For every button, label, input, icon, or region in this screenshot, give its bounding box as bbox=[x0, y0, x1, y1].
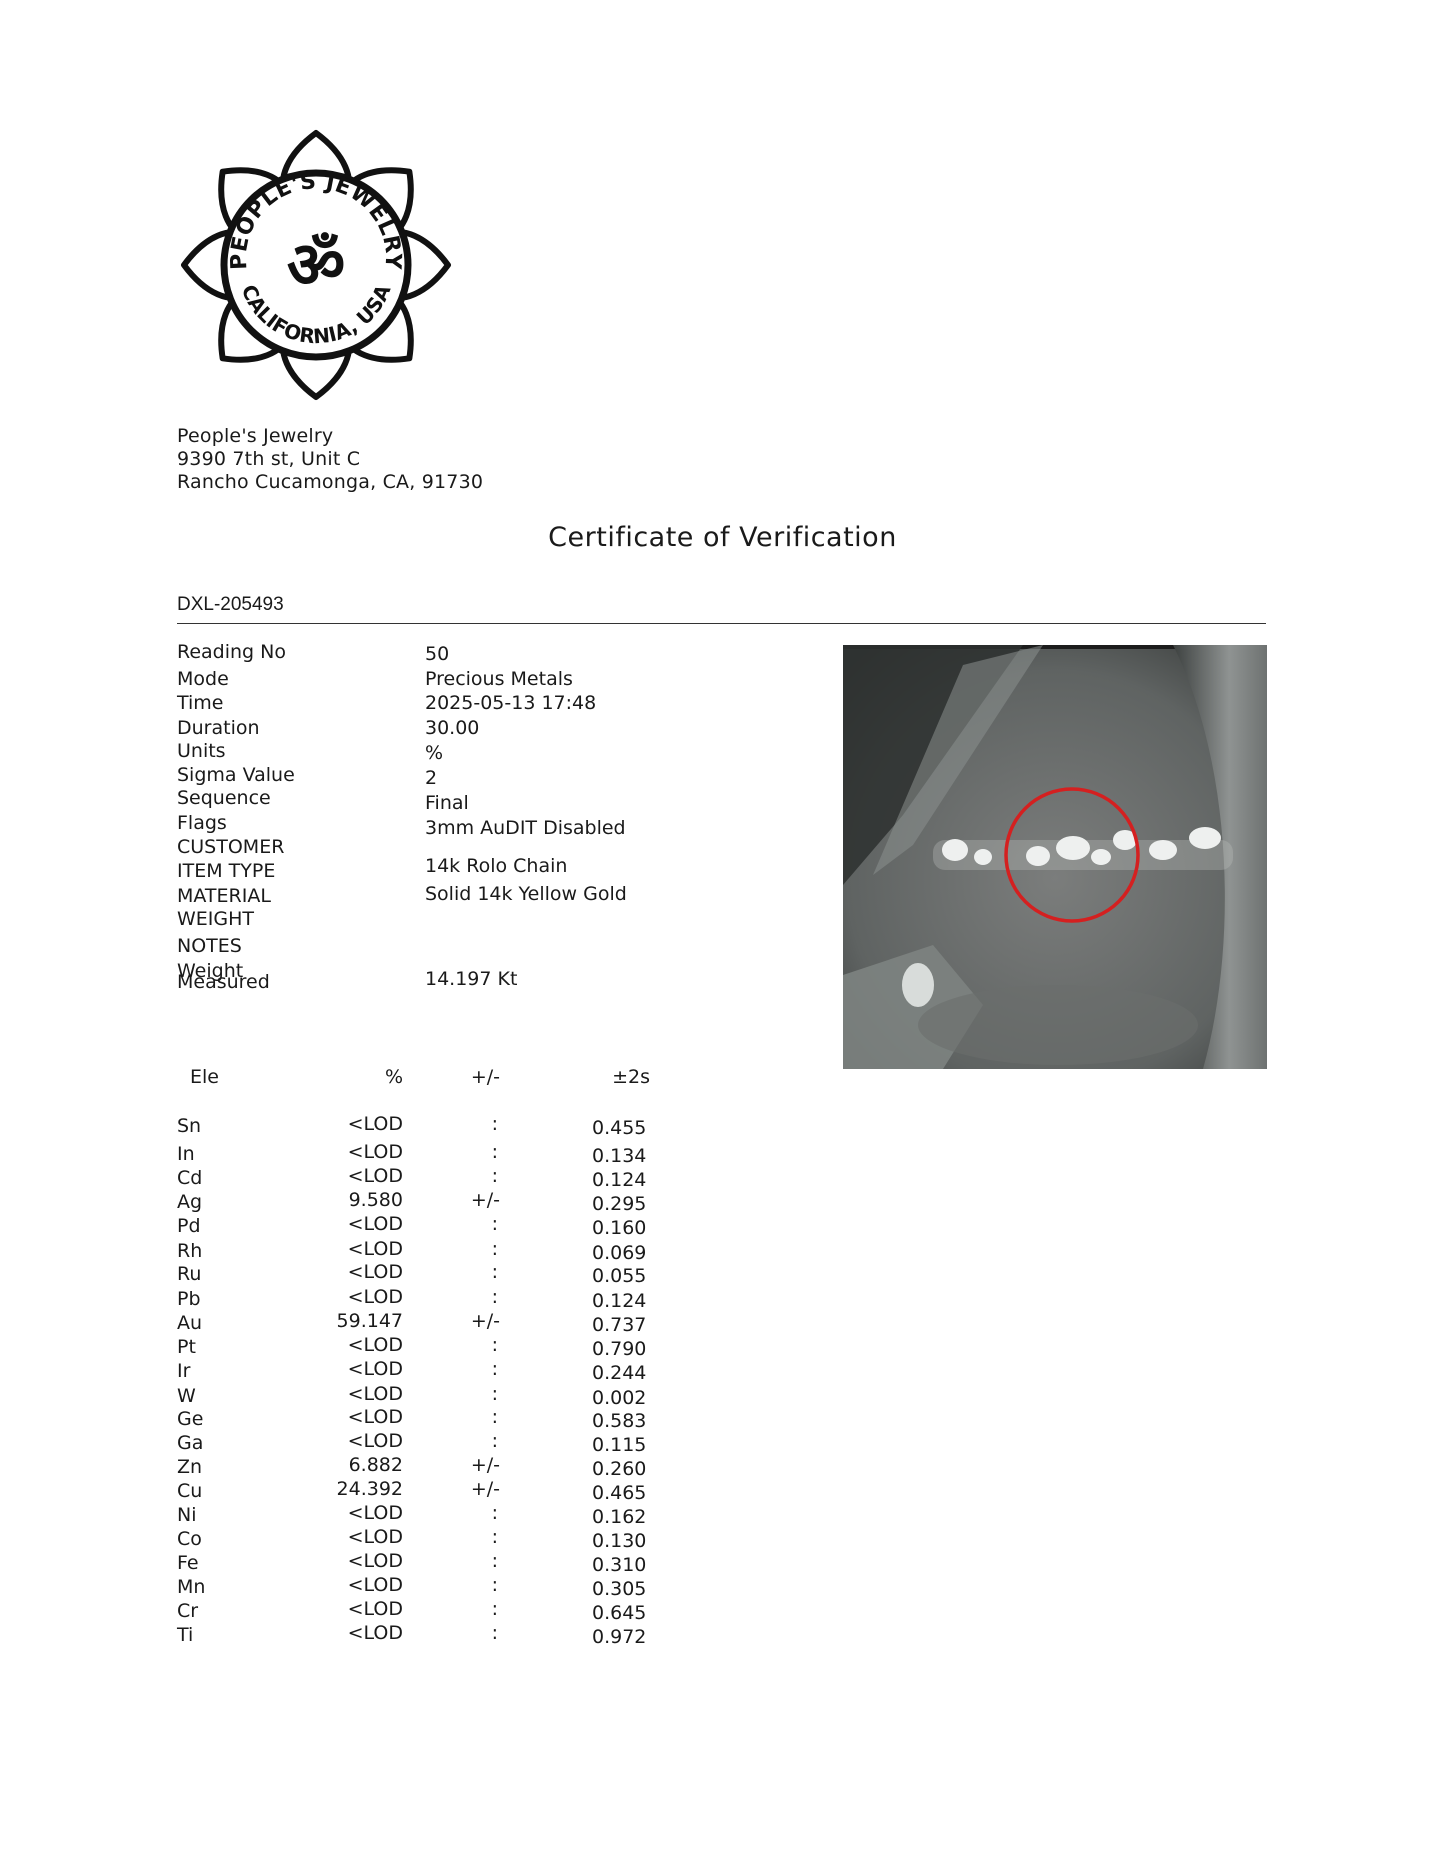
cell-error: 0.310 bbox=[592, 1554, 652, 1576]
cell-element: Au bbox=[177, 1312, 202, 1334]
value-flags: 3mm AuDIT Disabled bbox=[425, 817, 626, 839]
sample-camera-image bbox=[843, 645, 1267, 1069]
cell-error: 0.260 bbox=[592, 1458, 652, 1480]
svg-text:ॐ: ॐ bbox=[287, 229, 345, 303]
value-time: 2025-05-13 17:48 bbox=[425, 692, 596, 714]
cell-plusminus: : bbox=[460, 1526, 498, 1548]
cell-element: Ti bbox=[177, 1624, 193, 1646]
cell-element: Ni bbox=[177, 1504, 197, 1526]
cell-error: 0.115 bbox=[592, 1434, 652, 1456]
cell-plusminus: : bbox=[460, 1502, 498, 1524]
cell-error: 0.134 bbox=[592, 1145, 652, 1167]
company-logo: PEOPLE'S JEWELRY CALIFORNIA, USA ॐ bbox=[176, 125, 456, 405]
cell-percent: 6.882 bbox=[300, 1454, 403, 1476]
cell-element: Ru bbox=[177, 1263, 201, 1285]
cell-element: Ir bbox=[177, 1360, 190, 1382]
cell-percent: 59.147 bbox=[300, 1310, 403, 1332]
cell-element: Fe bbox=[177, 1552, 199, 1574]
cell-element: Pd bbox=[177, 1215, 201, 1237]
certificate-id: DXL-205493 bbox=[177, 594, 284, 616]
cell-percent: <LOD bbox=[300, 1165, 403, 1187]
label-reading-no: Reading No bbox=[177, 641, 286, 663]
cell-element: In bbox=[177, 1143, 195, 1165]
cell-percent: <LOD bbox=[300, 1213, 403, 1235]
cell-plusminus: : bbox=[460, 1165, 498, 1187]
cell-error: 0.455 bbox=[592, 1117, 652, 1139]
value-sequence: Final bbox=[425, 792, 469, 814]
cell-error: 0.295 bbox=[592, 1193, 652, 1215]
company-address-line1: 9390 7th st, Unit C bbox=[177, 448, 360, 471]
lotus-seal-icon: PEOPLE'S JEWELRY CALIFORNIA, USA ॐ bbox=[176, 125, 456, 405]
company-name: People's Jewelry bbox=[177, 425, 333, 448]
cell-error: 0.790 bbox=[592, 1338, 652, 1360]
cell-percent: <LOD bbox=[300, 1358, 403, 1380]
cell-error: 0.737 bbox=[592, 1314, 652, 1336]
label-sigma-value: Sigma Value bbox=[177, 764, 295, 786]
cell-plusminus: : bbox=[460, 1261, 498, 1283]
cell-element: Pb bbox=[177, 1288, 201, 1310]
cell-element: Ge bbox=[177, 1408, 203, 1430]
cell-error: 0.305 bbox=[592, 1578, 652, 1600]
label-units: Units bbox=[177, 740, 226, 762]
cell-plusminus: +/- bbox=[460, 1478, 500, 1500]
cell-element: Ag bbox=[177, 1191, 202, 1213]
value-units: % bbox=[425, 742, 443, 764]
cell-element: Cd bbox=[177, 1167, 202, 1189]
label-customer: CUSTOMER bbox=[177, 836, 284, 858]
cell-error: 0.160 bbox=[592, 1217, 652, 1239]
cell-plusminus: : bbox=[460, 1550, 498, 1572]
cell-element: Mn bbox=[177, 1576, 205, 1598]
cell-plusminus: : bbox=[460, 1141, 498, 1163]
value-duration: 30.00 bbox=[425, 717, 479, 739]
cell-error: 0.645 bbox=[592, 1602, 652, 1624]
cell-percent: <LOD bbox=[300, 1526, 403, 1548]
cell-error: 0.244 bbox=[592, 1362, 652, 1384]
cell-plusminus: : bbox=[460, 1574, 498, 1596]
cell-percent: 9.580 bbox=[300, 1189, 403, 1211]
value-sigma-value: 2 bbox=[425, 767, 437, 789]
cell-plusminus: : bbox=[460, 1383, 498, 1405]
cell-error: 0.124 bbox=[592, 1169, 652, 1191]
cell-percent: <LOD bbox=[300, 1430, 403, 1452]
cell-plusminus: : bbox=[460, 1598, 498, 1620]
value-material: Solid 14k Yellow Gold bbox=[425, 883, 627, 905]
label-weight: WEIGHT bbox=[177, 908, 254, 930]
cell-error: 0.465 bbox=[592, 1482, 652, 1504]
cell-percent: <LOD bbox=[300, 1286, 403, 1308]
cell-error: 0.124 bbox=[592, 1290, 652, 1312]
cell-plusminus: : bbox=[460, 1406, 498, 1428]
document-title: Certificate of Verification bbox=[0, 522, 1445, 553]
value-item-type: 14k Rolo Chain bbox=[425, 855, 567, 877]
cell-error: 0.130 bbox=[592, 1530, 652, 1552]
label-flags: Flags bbox=[177, 812, 227, 834]
header-percent: % bbox=[300, 1066, 403, 1088]
cell-plusminus: +/- bbox=[460, 1189, 500, 1211]
cell-percent: <LOD bbox=[300, 1238, 403, 1260]
header-plusminus: +/- bbox=[460, 1066, 500, 1088]
cell-element: Co bbox=[177, 1528, 202, 1550]
cell-plusminus: : bbox=[460, 1238, 498, 1260]
cell-element: Sn bbox=[177, 1115, 201, 1137]
cell-percent: <LOD bbox=[300, 1622, 403, 1644]
label-sequence: Sequence bbox=[177, 787, 271, 809]
cell-error: 0.162 bbox=[592, 1506, 652, 1528]
company-address-line2: Rancho Cucamonga, CA, 91730 bbox=[177, 471, 483, 494]
cell-percent: <LOD bbox=[300, 1334, 403, 1356]
cell-element: Ga bbox=[177, 1432, 203, 1454]
label-weight-measured-line2: Measured bbox=[177, 971, 270, 993]
cell-percent: <LOD bbox=[300, 1502, 403, 1524]
cell-percent: <LOD bbox=[300, 1383, 403, 1405]
cell-element: W bbox=[177, 1385, 196, 1407]
cell-plusminus: : bbox=[460, 1430, 498, 1452]
cell-plusminus: : bbox=[460, 1622, 498, 1644]
cell-error: 0.069 bbox=[592, 1242, 652, 1264]
cell-percent: <LOD bbox=[300, 1598, 403, 1620]
cell-plusminus: : bbox=[460, 1358, 498, 1380]
cell-element: Cr bbox=[177, 1600, 198, 1622]
cell-percent: <LOD bbox=[300, 1550, 403, 1572]
label-item-type: ITEM TYPE bbox=[177, 860, 275, 882]
value-weight-measured: 14.197 Kt bbox=[425, 968, 517, 990]
cell-plusminus: : bbox=[460, 1113, 498, 1135]
cell-plusminus: +/- bbox=[460, 1310, 500, 1332]
cell-percent: <LOD bbox=[300, 1574, 403, 1596]
cell-element: Rh bbox=[177, 1240, 202, 1262]
label-notes: NOTES bbox=[177, 935, 242, 957]
label-time: Time bbox=[177, 692, 224, 714]
cell-percent: <LOD bbox=[300, 1113, 403, 1135]
cell-plusminus: +/- bbox=[460, 1454, 500, 1476]
cell-plusminus: : bbox=[460, 1213, 498, 1235]
cell-element: Zn bbox=[177, 1456, 202, 1478]
label-mode: Mode bbox=[177, 668, 229, 690]
value-reading-no: 50 bbox=[425, 643, 449, 665]
cell-element: Pt bbox=[177, 1336, 196, 1358]
cell-percent: <LOD bbox=[300, 1141, 403, 1163]
cell-error: 0.583 bbox=[592, 1410, 652, 1432]
header-error: ±2s bbox=[590, 1066, 650, 1088]
cell-percent: <LOD bbox=[300, 1261, 403, 1283]
label-duration: Duration bbox=[177, 717, 260, 739]
cell-element: Cu bbox=[177, 1480, 202, 1502]
header-divider bbox=[177, 623, 1266, 624]
cell-error: 0.972 bbox=[592, 1626, 652, 1648]
cell-plusminus: : bbox=[460, 1334, 498, 1356]
header-element: Ele bbox=[190, 1066, 219, 1088]
label-material: MATERIAL bbox=[177, 885, 271, 907]
value-mode: Precious Metals bbox=[425, 668, 573, 690]
cell-plusminus: : bbox=[460, 1286, 498, 1308]
cell-error: 0.002 bbox=[592, 1387, 652, 1409]
sample-photo bbox=[843, 645, 1267, 1069]
cell-error: 0.055 bbox=[592, 1265, 652, 1287]
cell-percent: <LOD bbox=[300, 1406, 403, 1428]
cell-percent: 24.392 bbox=[300, 1478, 403, 1500]
